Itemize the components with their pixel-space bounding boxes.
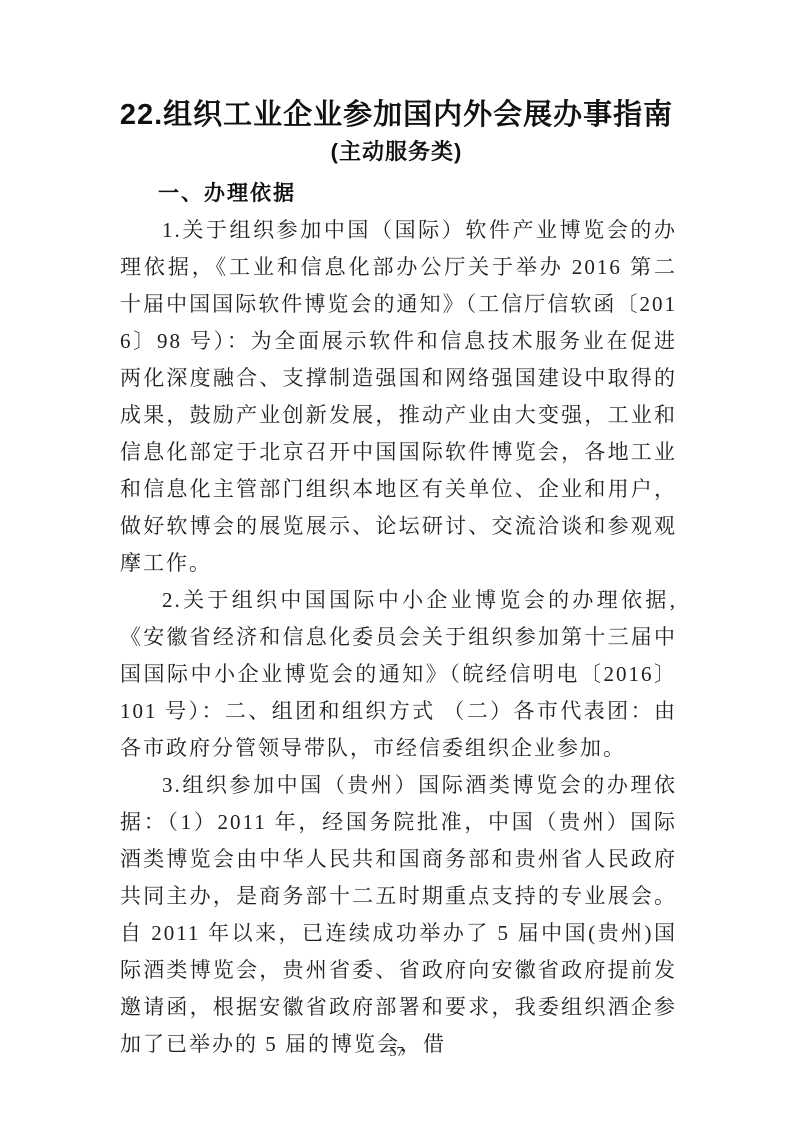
document-body: 1.关于组织参加中国（国际）软件产业博览会的办理依据，《工业和信息化部办公厅关于…	[120, 212, 677, 1063]
paragraph-1: 1.关于组织参加中国（国际）软件产业博览会的办理依据，《工业和信息化部办公厅关于…	[120, 212, 677, 582]
paragraph-3: 3.组织参加中国（贵州）国际酒类博览会的办理依据：（1）2011 年，经国务院批…	[120, 767, 677, 1063]
section-heading: 一、办理依据	[158, 179, 677, 209]
page-number: 57	[0, 1044, 793, 1062]
paragraph-2: 2.关于组织中国国际中小企业博览会的办理依据,《安徽省经济和信息化委员会关于组织…	[120, 582, 677, 767]
document-subtitle: (主动服务类)	[0, 138, 793, 166]
document-title: 22.组织工业企业参加国内外会展办事指南	[0, 0, 793, 134]
document-page: 22.组织工业企业参加国内外会展办事指南 (主动服务类) 一、办理依据 1.关于…	[0, 0, 793, 1122]
